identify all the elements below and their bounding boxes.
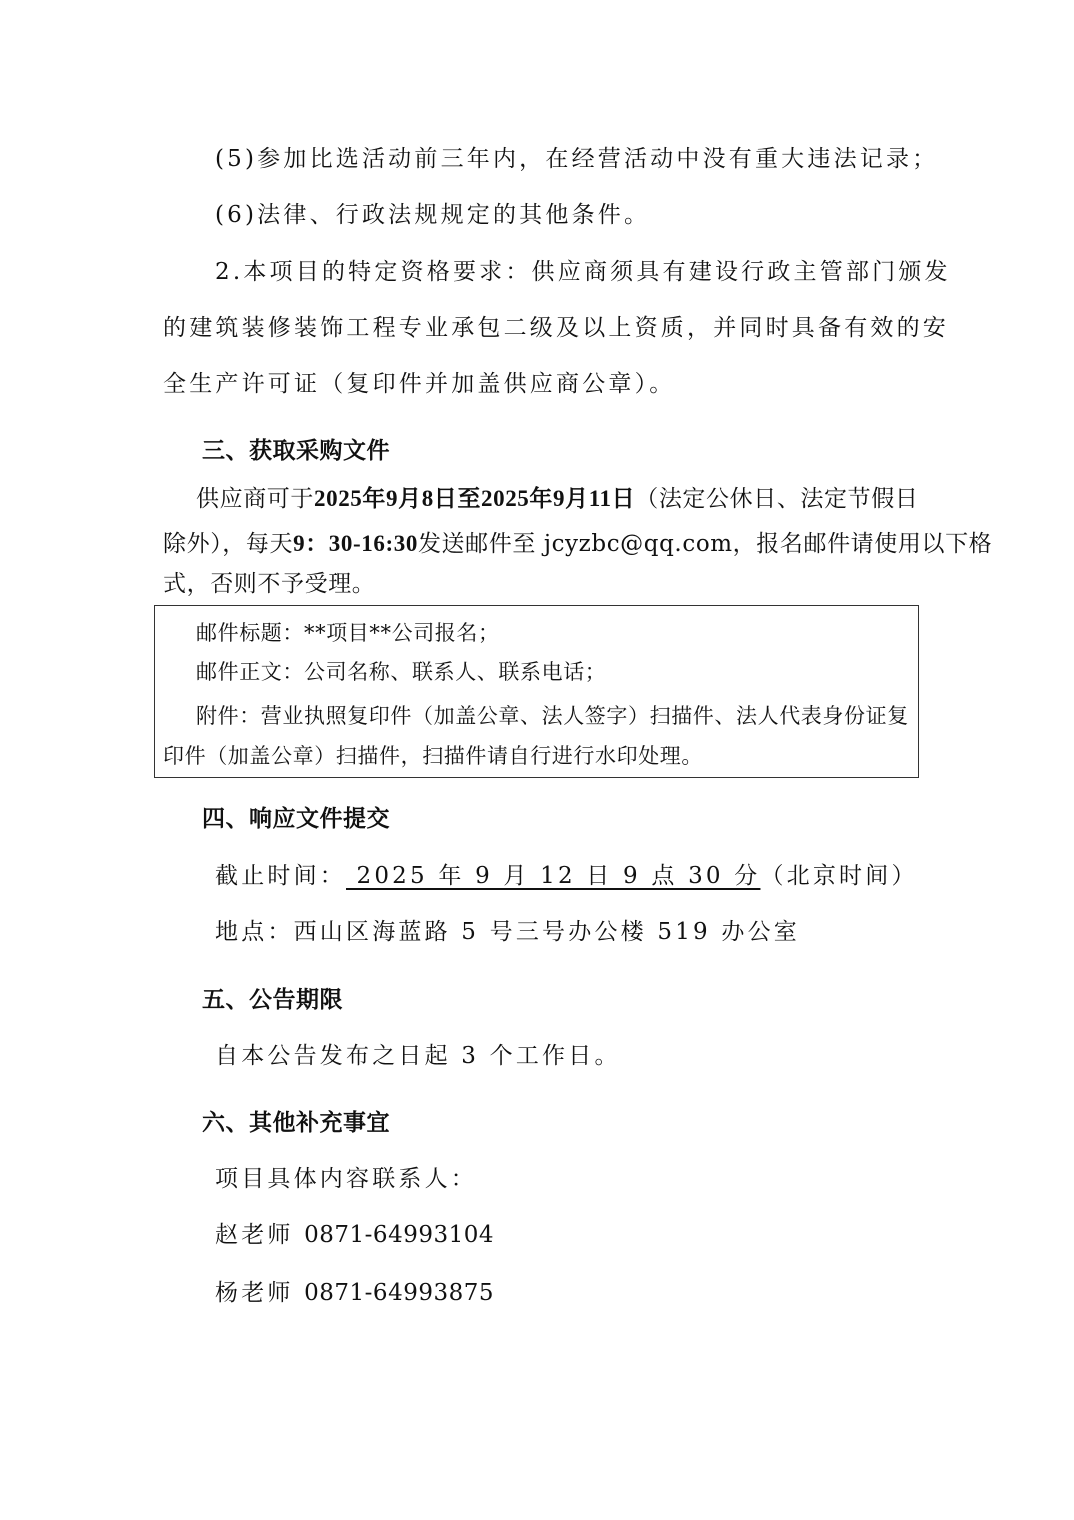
obtain-documents-paragraph-line-1: 供应商可于2025年9月8日至2025年9月11日（法定公休日、法定节假日 [196, 484, 918, 514]
obtain-documents-paragraph-line-3: 式，否则不予受理。 [163, 569, 375, 599]
email-subject-format: 邮件标题：**项目**公司报名； [196, 618, 500, 648]
announcement-period-text: 自本公告发布之日起 3 个工作日。 [215, 1041, 621, 1071]
contact-phone: 0871-64993875 [304, 1280, 494, 1306]
submission-location: 地点：西山区海蓝路 5 号三号办公楼 519 办公室 [215, 917, 800, 947]
section-heading-announcement-period: 五、公告期限 [202, 985, 343, 1015]
contact-name: 赵老师 [215, 1222, 294, 1248]
section-heading-other-matters: 六、其他补充事宜 [202, 1108, 390, 1138]
contact-zhao: 赵老师 0871-64993104 [215, 1220, 494, 1250]
section-heading-obtain-documents: 三、获取采购文件 [202, 436, 390, 466]
para-prefix: 供应商可于 [196, 486, 314, 512]
deadline-line: 截止时间： 2025 年 9 月 12 日 9 点 30 分（北京时间） [215, 861, 918, 891]
obtain-documents-paragraph-line-2: 除外），每天9：30-16:30发送邮件至 jcyzbc@qq.com，报名邮件… [163, 529, 992, 559]
specific-qualification-line-3: 全生产许可证（复印件并加盖供应商公章）。 [163, 369, 676, 399]
para-line2-prefix: 除外），每天 [163, 531, 293, 557]
date-range: 2025年9月8日至2025年9月11日 [314, 486, 635, 511]
deadline-label: 截止时间： [215, 863, 346, 889]
section-heading-response-submission: 四、响应文件提交 [202, 804, 390, 834]
qualification-item-6: (6)法律、行政法规规定的其他条件。 [215, 200, 650, 230]
para-line2-mid: 发送邮件至 jcyzbc@qq.com，报名邮件请使用以下格 [418, 531, 992, 557]
para-suffix: （法定公休日、法定节假日 [635, 486, 918, 512]
deadline-suffix: （北京时间） [760, 863, 917, 889]
contact-label: 项目具体内容联系人： [215, 1164, 477, 1194]
specific-qualification-line-2: 的建筑装修装饰工程专业承包二级及以上资质，并同时具备有效的安 [163, 313, 949, 343]
email-attachment-format-line-2: 印件（加盖公章）扫描件，扫描件请自行进行水印处理。 [163, 741, 703, 771]
contact-phone: 0871-64993104 [304, 1222, 494, 1248]
email-body-format: 邮件正文：公司名称、联系人、联系电话； [196, 657, 606, 687]
contact-yang: 杨老师 0871-64993875 [215, 1278, 494, 1308]
contact-name: 杨老师 [215, 1280, 294, 1306]
email-attachment-format-line-1: 附件：营业执照复印件（加盖公章、法人签字）扫描件、法人代表身份证复 [196, 701, 909, 731]
specific-qualification-line-1: 2.本项目的特定资格要求：供应商须具有建设行政主管部门颁发 [215, 257, 951, 287]
time-range: 9：30-16:30 [293, 531, 418, 556]
deadline-value: 2025 年 9 月 12 日 9 点 30 分 [346, 863, 760, 889]
qualification-item-5: (5)参加比选活动前三年内，在经营活动中没有重大违法记录； [215, 144, 938, 174]
